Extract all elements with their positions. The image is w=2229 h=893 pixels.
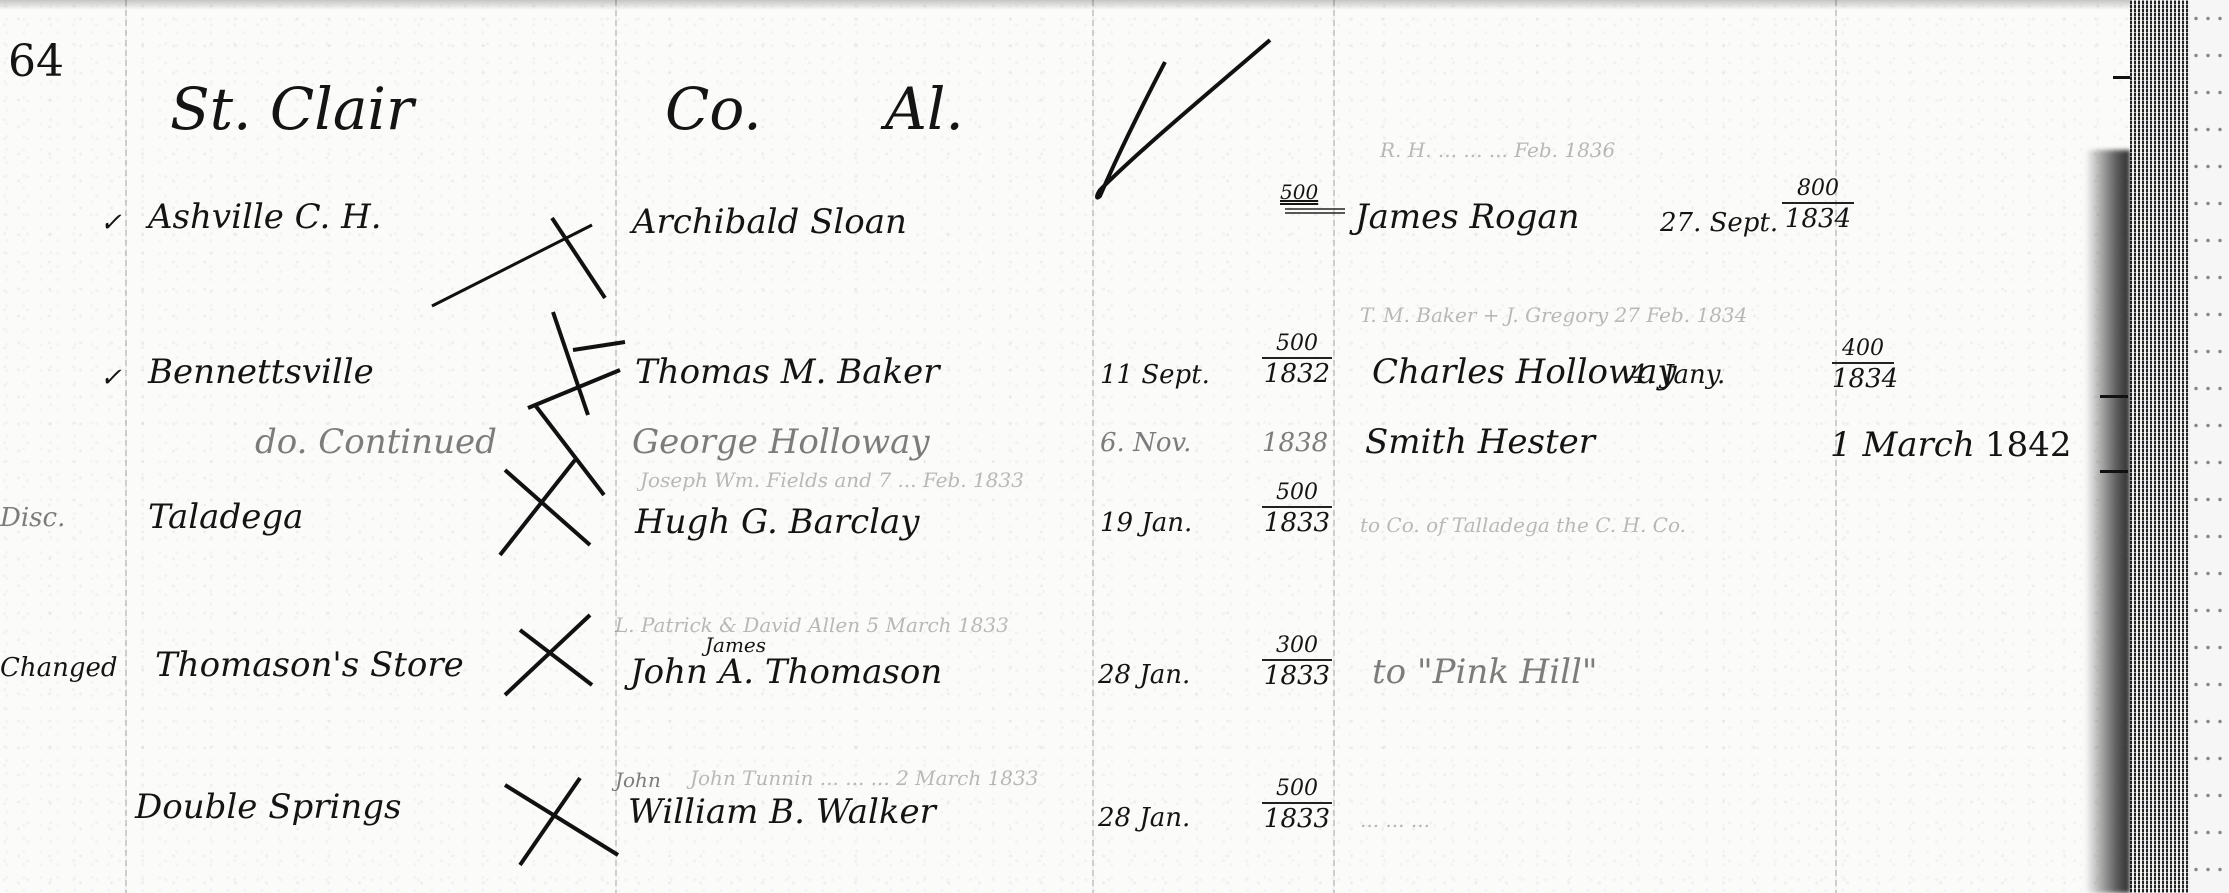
- office-name: Ashville C. H.: [148, 200, 382, 234]
- office-name: Bennettsville: [148, 355, 374, 389]
- appointment-date: 6. Nov.: [1100, 430, 1191, 456]
- faint-overwrite: L. Patrick & David Allen 5 March 1833: [615, 615, 1009, 635]
- bond-amount: 500: [1262, 778, 1332, 804]
- bond-fraction: 500 1833: [1262, 482, 1332, 536]
- name-change-note: to "Pink Hill": [1372, 655, 1598, 689]
- margin-check: ✓: [100, 365, 122, 391]
- binding-tick: [2100, 395, 2128, 398]
- bond-fraction: 300 1833: [1262, 635, 1332, 689]
- successor-date: 1 March: [1830, 428, 1975, 462]
- successor-bond-fraction: 800 1834: [1782, 178, 1854, 232]
- margin-note: Disc.: [0, 505, 65, 531]
- binding-shadow: [2085, 150, 2130, 893]
- postmaster-insert: John: [615, 770, 661, 790]
- successor-year: 1842: [1985, 428, 2072, 462]
- faint-overwrite: Joseph Wm. Fields and 7 ... Feb. 1833: [640, 470, 1024, 490]
- margin-check: ✓: [100, 210, 122, 236]
- office-name: Thomason's Store: [155, 648, 464, 682]
- column-rule: [615, 0, 617, 893]
- ledger-page: 64 St. Clair Co. Al. ✓ Ashville C. H. Ar…: [0, 0, 2229, 893]
- successor-date: 4. Jany.: [1630, 362, 1725, 388]
- office-name: do. Continued: [255, 425, 497, 459]
- bond-year: 1833: [1262, 508, 1332, 536]
- successor-date: 27. Sept.: [1660, 210, 1778, 236]
- successor-bond: 400: [1832, 338, 1894, 364]
- office-name: Taladega: [148, 500, 303, 534]
- heading-check-icon: [1097, 40, 1270, 198]
- faint-overwrite: John Tunnin ... ... ... 2 March 1833: [690, 768, 1038, 788]
- double-underline: [1285, 209, 1345, 213]
- page-top-edge: [0, 0, 2130, 10]
- bond-fraction: 500 1833: [1262, 778, 1332, 832]
- postmaster-name: William B. Walker: [628, 795, 936, 829]
- book-binding: [2130, 0, 2190, 893]
- postmaster-name: John A. Thomason: [630, 655, 942, 689]
- bond-amount: 500: [1262, 333, 1332, 359]
- successor-bond-fraction: 400 1834: [1832, 338, 1894, 392]
- margin-note: Changed: [0, 655, 118, 681]
- binding-tick: [2113, 76, 2130, 79]
- appointment-date: 11 Sept.: [1100, 362, 1210, 388]
- bond-amount: 500: [1280, 182, 1318, 202]
- bond-amount: 500: [1262, 482, 1332, 508]
- bond-year: 1832: [1262, 359, 1332, 387]
- bond-amount: 300: [1262, 635, 1332, 661]
- postmaster-name: Archibald Sloan: [632, 205, 907, 239]
- adjacent-page-edge: [2190, 0, 2229, 893]
- appointment-date: 28 Jan.: [1098, 805, 1190, 831]
- binding-tick: [2100, 470, 2128, 473]
- bond-fraction: 500 1832: [1262, 333, 1332, 387]
- column-rule: [1092, 0, 1094, 893]
- bond-year: 1833: [1262, 804, 1332, 832]
- postmaster-name: Thomas M. Baker: [635, 355, 939, 389]
- successor-bond: 800: [1782, 178, 1854, 204]
- faint-overwrite: T. M. Baker + J. Gregory 27 Feb. 1834: [1360, 305, 1747, 325]
- column-rule: [125, 0, 127, 893]
- county-abbrev: Co.: [665, 80, 762, 138]
- faint-note: ... ... ...: [1360, 810, 1430, 830]
- successor-name: James Rogan: [1355, 200, 1580, 234]
- successor-name: Smith Hester: [1365, 425, 1595, 459]
- office-name: Double Springs: [135, 790, 402, 824]
- state-heading: Al.: [885, 80, 964, 138]
- appointment-date: 19 Jan.: [1100, 510, 1192, 536]
- bond-year: 1838: [1262, 430, 1328, 456]
- county-heading: St. Clair: [170, 80, 414, 138]
- column-rule: [1333, 0, 1335, 893]
- faint-overwrite: R. H. ... ... ... Feb. 1836: [1380, 140, 1615, 160]
- page-number: 64: [8, 40, 64, 84]
- successor-year: 1834: [1782, 204, 1854, 232]
- faint-note: to Co. of Talladega the C. H. Co.: [1360, 515, 1686, 535]
- postmaster-name: George Holloway: [632, 425, 930, 459]
- successor-year: 1834: [1832, 364, 1894, 392]
- postmaster-name: Hugh G. Barclay: [635, 505, 919, 539]
- bond-year: 1833: [1262, 661, 1332, 689]
- cancel-x-icons: [432, 218, 625, 865]
- appointment-date: 28 Jan.: [1098, 662, 1190, 688]
